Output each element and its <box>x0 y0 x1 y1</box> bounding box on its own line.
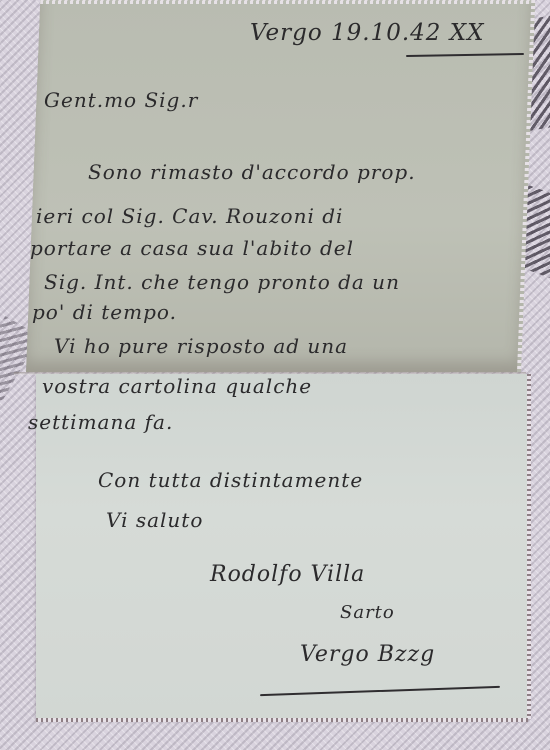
body-line: portare a casa sua l'abito del <box>30 236 354 260</box>
body-line: Vi ho pure risposto ad una <box>54 334 348 358</box>
greeting: Vi saluto <box>106 508 203 532</box>
body-line: ieri col Sig. Cav. Rouzoni di <box>36 204 343 228</box>
place-date: Vergo 19.10.42 XX <box>250 20 484 46</box>
closing: Con tutta distintamente <box>98 468 363 492</box>
signature-place: Vergo Bzzg <box>300 642 435 667</box>
body-line: settimana fa. <box>28 410 173 434</box>
signature-title: Sarto <box>340 602 395 623</box>
body-line: Sig. Int. che tengo pronto da un <box>44 270 400 294</box>
body-line: po' di tempo. <box>32 300 177 324</box>
salutation: Gent.mo Sig.r <box>44 88 198 112</box>
body-line: Sono rimasto d'accordo prop. <box>88 160 416 184</box>
body-line: vostra cartolina qualche <box>42 374 312 398</box>
signature-name: Rodolfo Villa <box>210 562 365 587</box>
letter-card: Vergo 19.10.42 XX Gent.mo Sig.r Sono rim… <box>14 0 526 724</box>
